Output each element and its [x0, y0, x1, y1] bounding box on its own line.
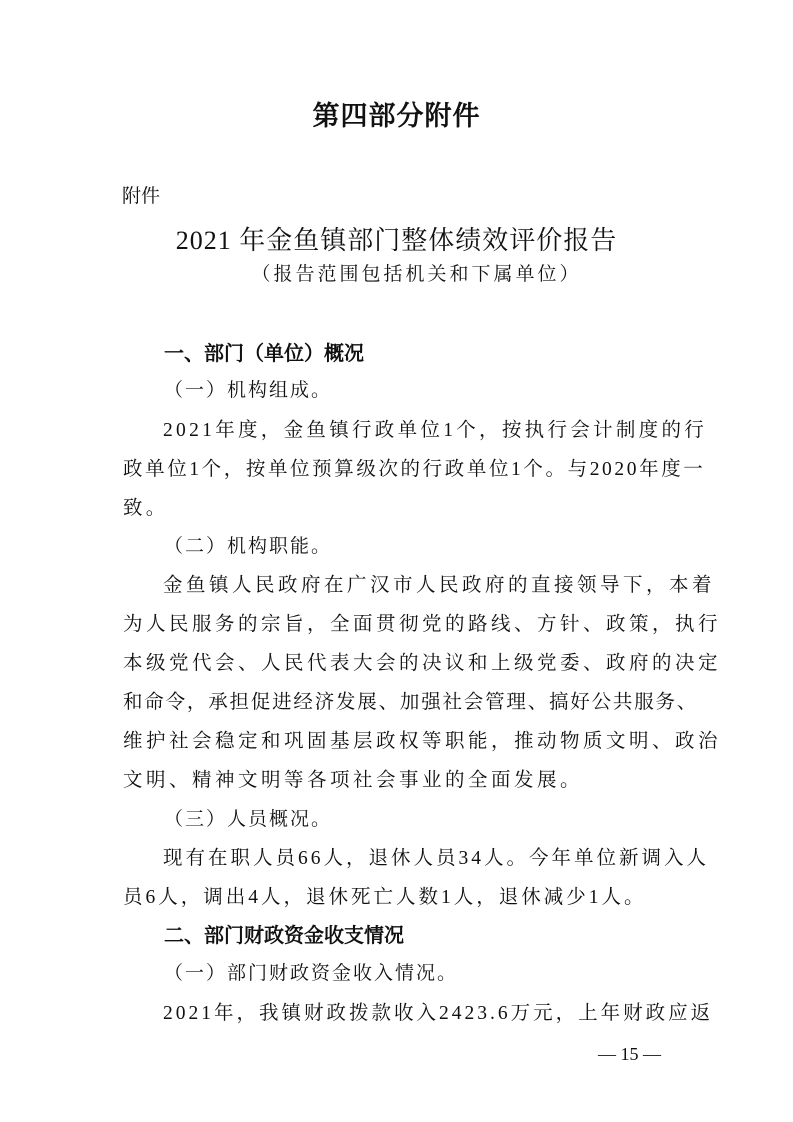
subsection-heading: （三）人员概况。	[164, 810, 332, 829]
paragraph-line: 为人民服务的宗旨，全面贯彻党的路线、方针、政策，执行	[123, 615, 721, 635]
report-title: 2021 年金鱼镇部门整体绩效评价报告	[0, 228, 793, 254]
paragraph-line: 2021年度，金鱼镇行政单位1个，按执行会计制度的行	[163, 421, 707, 441]
page-number: — 15 —	[598, 1045, 661, 1063]
paragraph-line: 2021年，我镇财政拨款收入2423.6万元，上年财政应返	[163, 1004, 713, 1024]
section-heading: 一、部门（单位）概况	[164, 343, 364, 363]
subsection-heading: （一）部门财政资金收入情况。	[164, 964, 458, 983]
part-title: 第四部分附件	[0, 103, 793, 130]
section-heading: 二、部门财政资金收支情况	[164, 925, 404, 945]
report-subtitle: （报告范围包括机关和下属单位）	[0, 265, 793, 284]
attachment-label: 附件	[122, 187, 160, 206]
paragraph-line: 致。	[123, 499, 169, 519]
paragraph-line: 政单位1个，按单位预算级次的行政单位1个。与2020年度一	[123, 460, 705, 480]
document-page: 第四部分附件 附件 2021 年金鱼镇部门整体绩效评价报告 （报告范围包括机关和…	[0, 0, 793, 1122]
subsection-heading: （二）机构职能。	[164, 537, 332, 556]
paragraph-line: 员6人，调出4人，退休死亡人数1人，退休减少1人。	[123, 888, 647, 908]
paragraph-line: 金鱼镇人民政府在广汉市人民政府的直接领导下，本着	[163, 576, 715, 596]
paragraph-line: 和命令，承担促进经济发展、加强社会管理、搞好公共服务、	[123, 693, 698, 713]
paragraph-line: 维护社会稳定和巩固基层政权等职能，推动物质文明、政治	[123, 732, 721, 752]
paragraph-line: 文明、精神文明等各项社会事业的全面发展。	[123, 771, 583, 791]
subsection-heading: （一）机构组成。	[164, 381, 332, 400]
paragraph-line: 本级党代会、人民代表大会的决议和上级党委、政府的决定	[123, 654, 721, 674]
paragraph-line: 现有在职人员66人，退休人员34人。今年单位新调入人	[163, 849, 709, 869]
